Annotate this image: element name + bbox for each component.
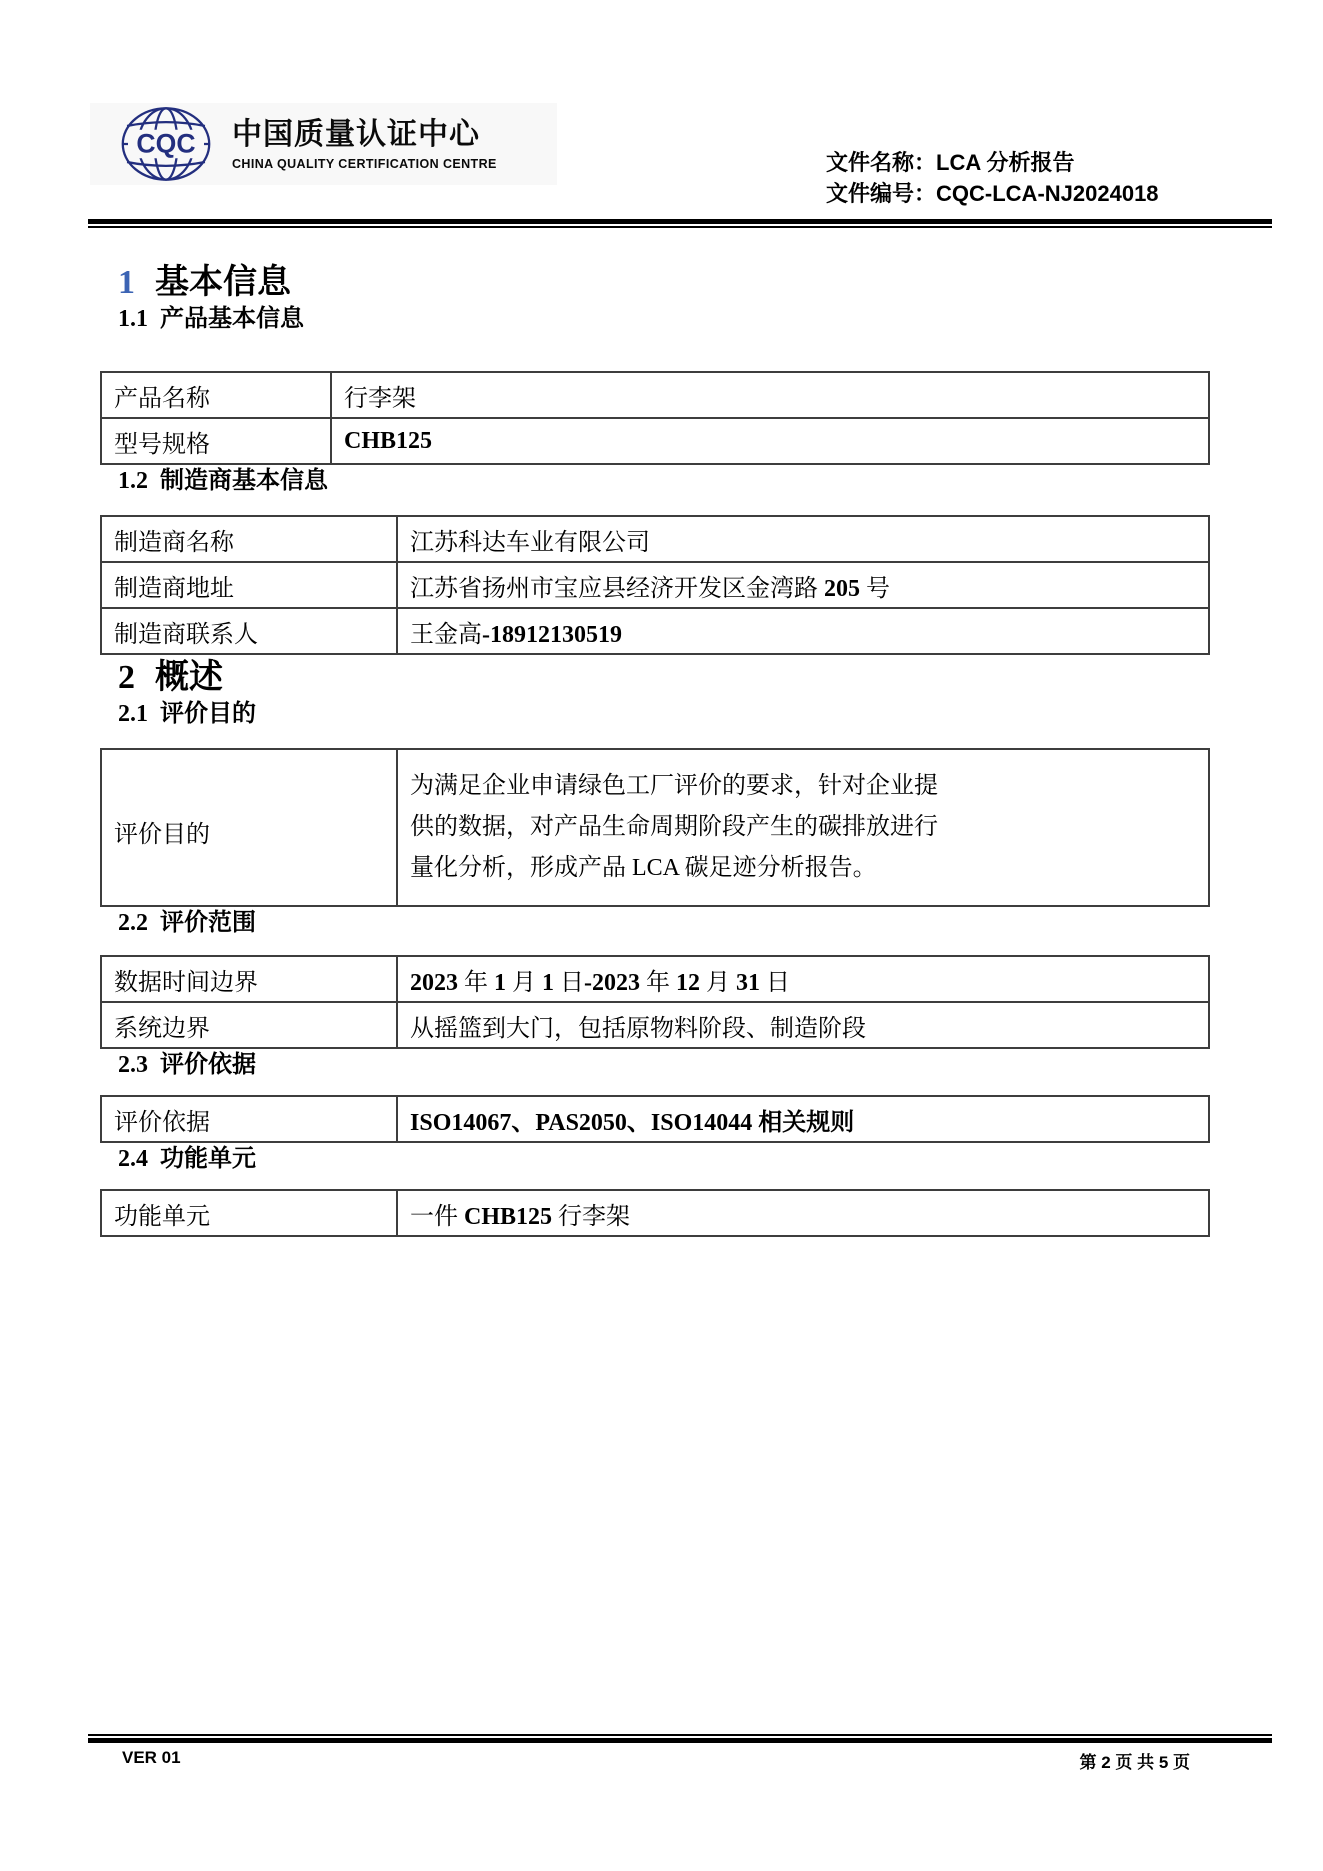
purpose-line: 为满足企业申请绿色工厂评价的要求，针对企业提 [410,766,1196,807]
purpose-line: 量化分析，形成产品 LCA 碳足迹分析报告。 [410,848,1196,889]
table-row: 数据时间边界 2023 年 1 月 1 日-2023 年 12 月 31 日 [101,956,1209,1002]
section-title: 制造商基本信息 [160,468,328,494]
row-value-cell: 2023 年 1 月 1 日-2023 年 12 月 31 日 [397,956,1209,1002]
section-title: 评价依据 [160,1052,256,1078]
section-heading-2-3: 2.3评价依据 [118,1049,1210,1081]
table-row: 评价依据 ISO14067、PAS2050、ISO14044 相关规则 [101,1096,1209,1142]
section-number: 1 [118,264,135,301]
row-value-cell: 为满足企业申请绿色工厂评价的要求，针对企业提 供的数据，对产品生命周期阶段产生的… [397,749,1209,906]
table-row: 制造商名称 江苏科达车业有限公司 [101,516,1209,562]
logo-text: 中国质量认证中心 CHINA QUALITY CERTIFICATION CEN… [232,117,497,171]
page-header: CQC 中国质量认证中心 CHINA QUALITY CERTIFICATION… [90,103,1273,193]
section-heading-2-1: 2.1评价目的 [118,698,1210,730]
purpose-table: 评价目的 为满足企业申请绿色工厂评价的要求，针对企业提 供的数据，对产品生命周期… [100,748,1210,907]
section-heading-2-4: 2.4功能单元 [118,1143,1210,1175]
section-heading-1-1: 1.1产品基本信息 [118,303,1210,335]
address-suffix: 号 [860,576,890,602]
table-row: 型号规格 CHB125 [101,418,1209,464]
row-label-cell: 评价目的 [101,749,397,906]
row-value-cell: 一件 CHB125 行李架 [397,1190,1209,1236]
table-row: 制造商地址 江苏省扬州市宝应县经济开发区金湾路 205 号 [101,562,1209,608]
row-label-cell: 系统边界 [101,1002,397,1048]
footer-divider [88,1734,1272,1743]
row-value-cell: CHB125 [331,418,1209,464]
section-number: 2.2 [118,910,148,936]
row-label-cell: 功能单元 [101,1190,397,1236]
cqc-logo: CQC 中国质量认证中心 CHINA QUALITY CERTIFICATION… [90,103,557,185]
section-number: 2.1 [118,701,148,727]
doc-name-value: LCA 分析报告 [936,150,1075,175]
row-label-cell: 数据时间边界 [101,956,397,1002]
section-title: 基本信息 [155,264,291,301]
section-number: 2.4 [118,1146,148,1172]
logo-title-cn: 中国质量认证中心 [232,117,497,153]
product-info-table: 产品名称 行李架 型号规格 CHB125 [100,371,1210,465]
basis-table: 评价依据 ISO14067、PAS2050、ISO14044 相关规则 [100,1095,1210,1143]
table-row: 产品名称 行李架 [101,372,1209,418]
row-value-cell: ISO14067、PAS2050、ISO14044 相关规则 [397,1096,1209,1142]
header-divider [88,219,1272,228]
section-number: 1.1 [118,306,148,332]
section-number: 1.2 [118,468,148,494]
cqc-globe-icon: CQC [120,106,212,182]
doc-number-row: 文件编号：CQC-LCA-NJ2024018 [826,178,1159,209]
document-page: CQC 中国质量认证中心 CHINA QUALITY CERTIFICATION… [0,0,1323,1871]
section-title: 评价范围 [160,910,256,936]
row-label-cell: 产品名称 [101,372,331,418]
table-row: 制造商联系人 王金高-18912130519 [101,608,1209,654]
doc-name-row: 文件名称：LCA 分析报告 [826,147,1159,178]
section-heading-2-2: 2.2评价范围 [118,907,1210,939]
section-title: 评价目的 [160,701,256,727]
section-number: 2.3 [118,1052,148,1078]
row-label-cell: 型号规格 [101,418,331,464]
row-value-cell: 行李架 [331,372,1209,418]
section-heading-2: 2概述 [118,658,1210,698]
address-number: 205 [824,576,860,602]
table-row: 功能单元 一件 CHB125 行李架 [101,1190,1209,1236]
cqc-abbr-text: CQC [136,129,195,159]
table-row: 系统边界 从摇篮到大门，包括原物料阶段、制造阶段 [101,1002,1209,1048]
contact-phone: -18912130519 [482,622,622,648]
purpose-line: 供的数据，对产品生命周期阶段产生的碳排放进行 [410,807,1196,848]
section-title: 概述 [155,659,223,696]
manufacturer-table: 制造商名称 江苏科达车业有限公司 制造商地址 江苏省扬州市宝应县经济开发区金湾路… [100,515,1210,655]
row-label-cell: 制造商地址 [101,562,397,608]
page-footer: VER 01 第 2 页 共 5 页 [88,1748,1272,1773]
row-value-cell: 江苏科达车业有限公司 [397,516,1209,562]
section-title: 产品基本信息 [160,306,304,332]
row-value-cell: 江苏省扬州市宝应县经济开发区金湾路 205 号 [397,562,1209,608]
footer-version: VER 01 [122,1748,181,1773]
footer-page-number: 第 2 页 共 5 页 [1079,1748,1190,1773]
contact-name: 王金高 [410,622,482,648]
row-label-cell: 制造商联系人 [101,608,397,654]
section-title: 功能单元 [160,1146,256,1172]
document-body: 1基本信息 1.1产品基本信息 产品名称 行李架 型号规格 CHB125 1.2… [100,260,1210,1237]
address-text: 江苏省扬州市宝应县经济开发区金湾路 [410,576,824,602]
table-row: 评价目的 为满足企业申请绿色工厂评价的要求，针对企业提 供的数据，对产品生命周期… [101,749,1209,906]
doc-number-label: 文件编号： [826,181,936,206]
doc-number-value: CQC-LCA-NJ2024018 [936,181,1159,206]
section-number: 2 [118,659,135,696]
row-value-cell: 王金高-18912130519 [397,608,1209,654]
row-label-cell: 制造商名称 [101,516,397,562]
row-label-cell: 评价依据 [101,1096,397,1142]
functional-unit-table: 功能单元 一件 CHB125 行李架 [100,1189,1210,1237]
scope-table: 数据时间边界 2023 年 1 月 1 日-2023 年 12 月 31 日 系… [100,955,1210,1049]
row-value-cell: 从摇篮到大门，包括原物料阶段、制造阶段 [397,1002,1209,1048]
doc-name-label: 文件名称： [826,150,936,175]
section-heading-1-2: 1.2制造商基本信息 [118,465,1210,497]
section-heading-1: 1基本信息 [118,263,1210,303]
logo-title-en: CHINA QUALITY CERTIFICATION CENTRE [232,157,497,171]
document-meta: 文件名称：LCA 分析报告 文件编号：CQC-LCA-NJ2024018 [826,147,1159,209]
